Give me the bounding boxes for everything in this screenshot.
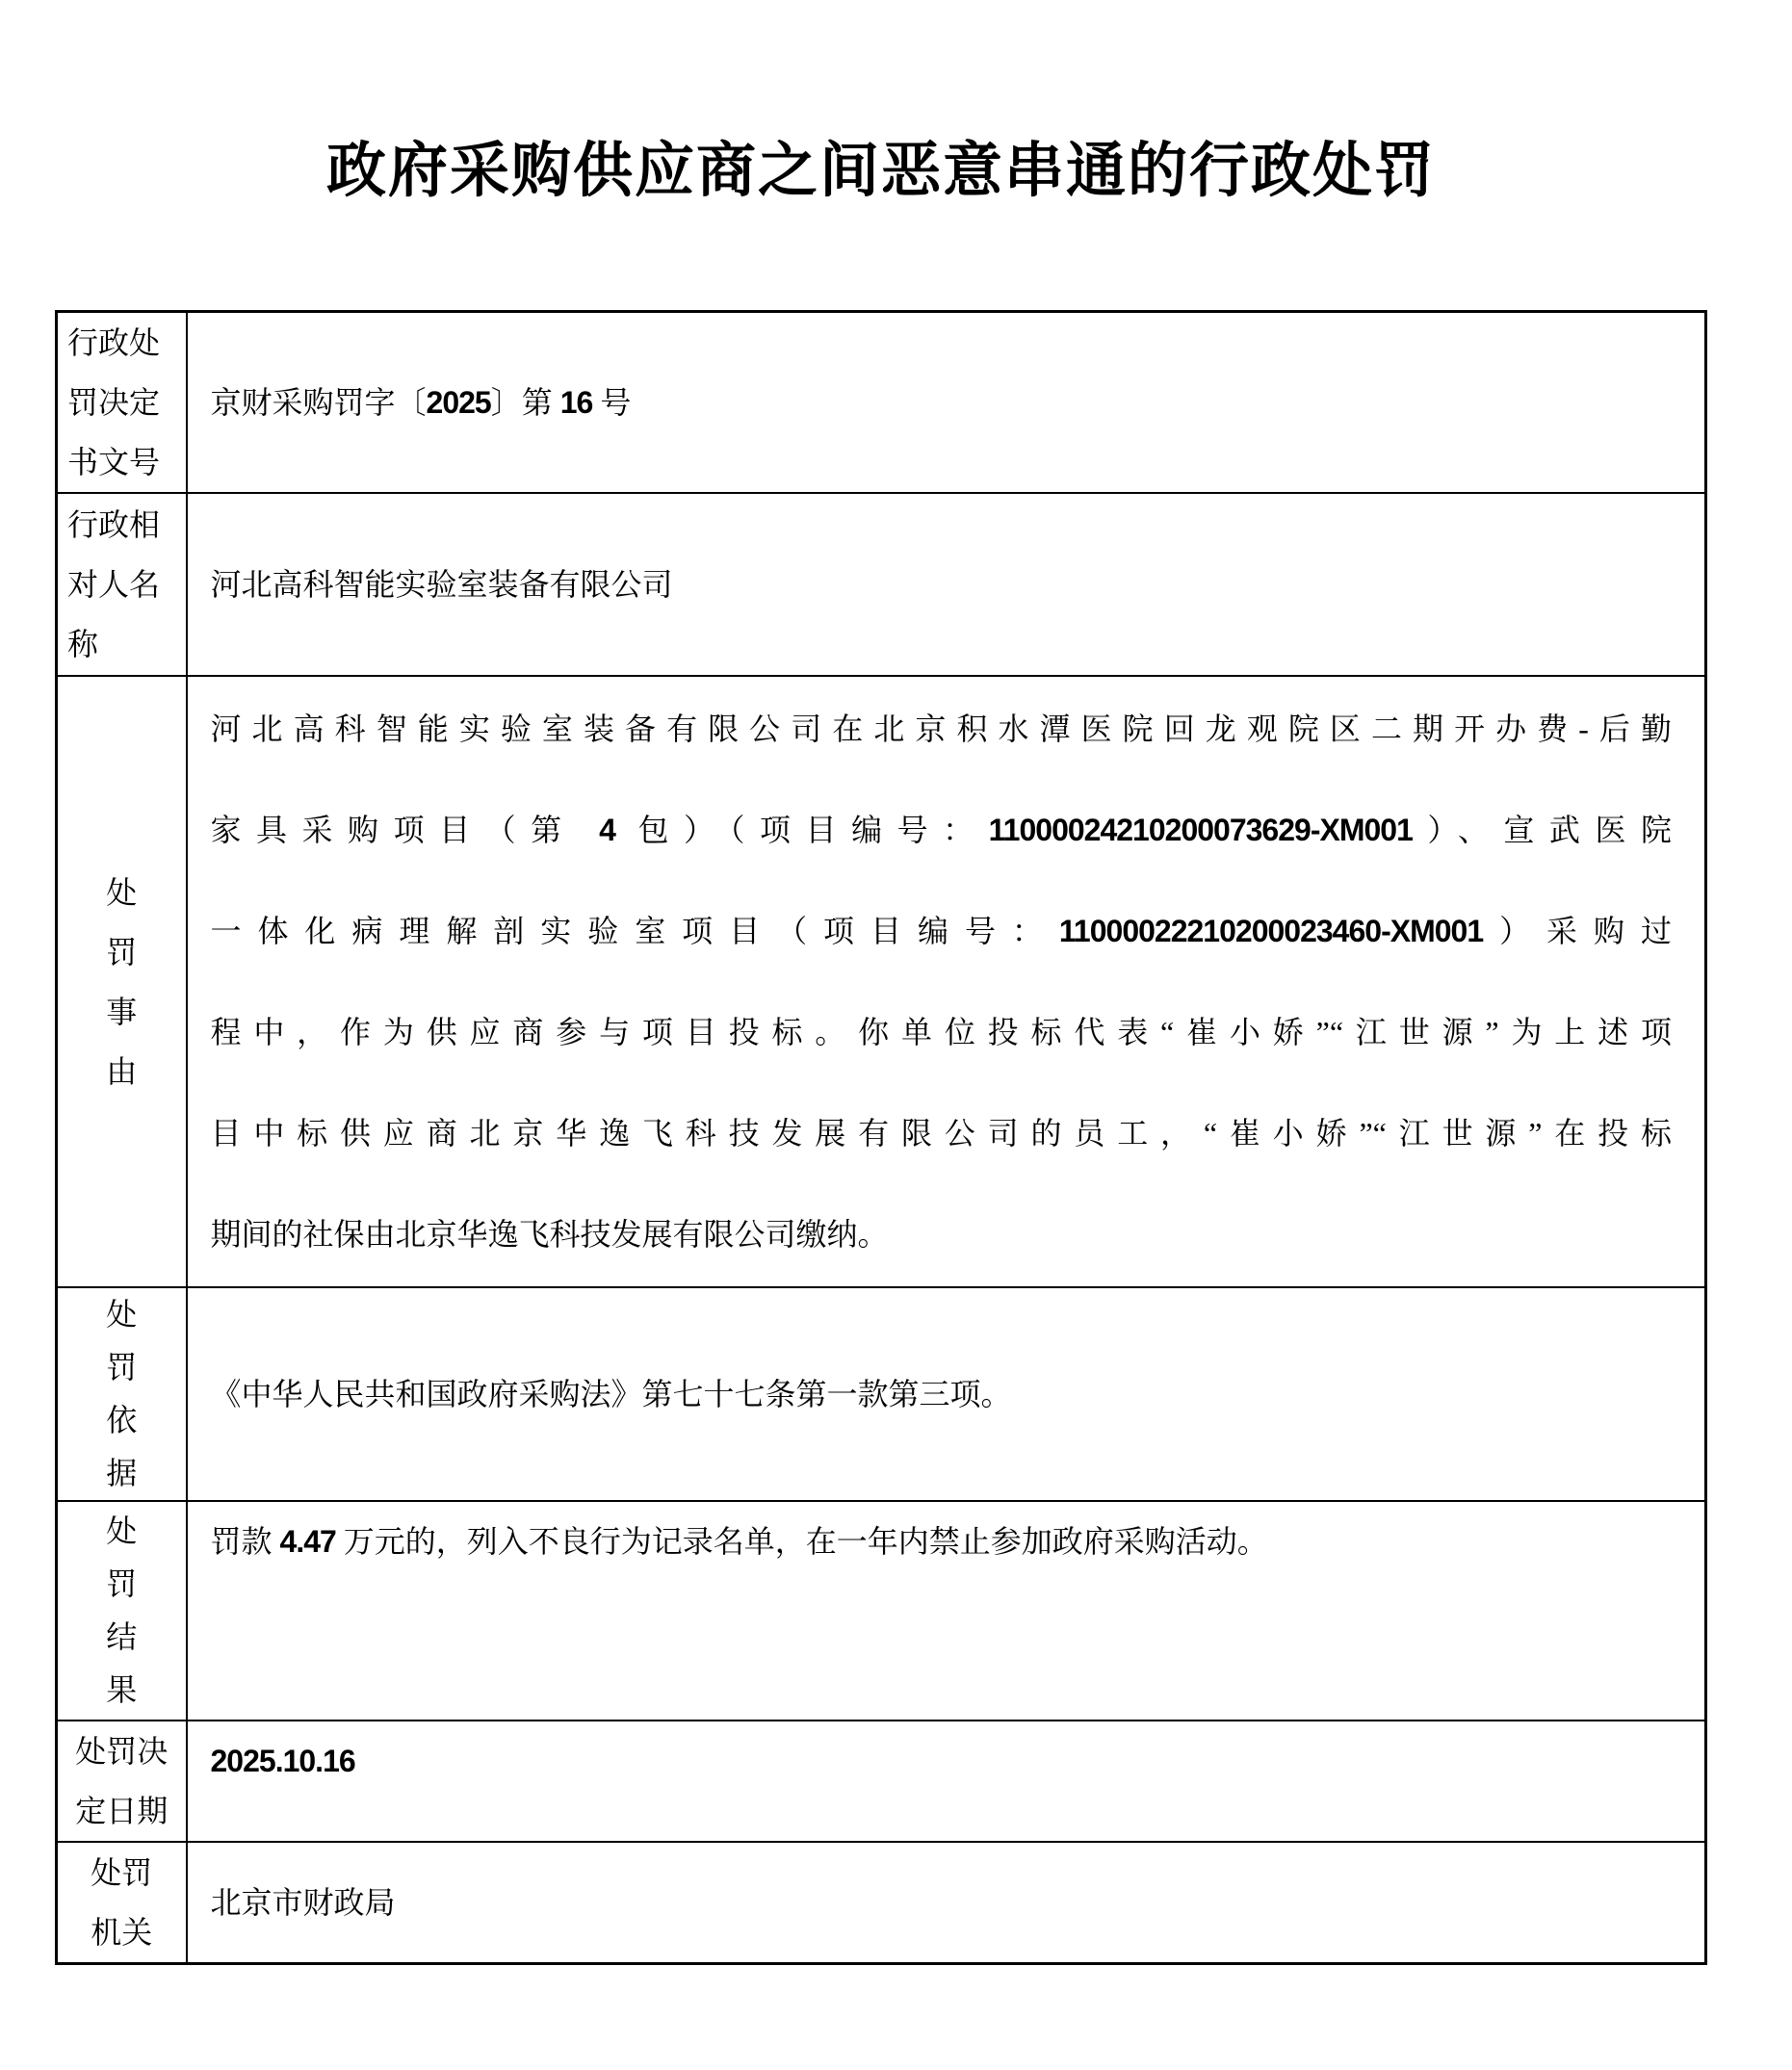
party-name-label: 行政相 对人名 称 [57, 493, 187, 676]
penalty-authority-label: 处罚 机关 [57, 1842, 187, 1964]
doc-number-value: 京财采购罚字〔2025〕第 16 号 [187, 312, 1706, 494]
table-row-penalty-reason: 处 罚 事 由 河北高科智能实验室装备有限公司在北京积水潭医院回龙观院区二期开办… [57, 676, 1706, 1287]
penalty-table: 行政处 罚决定 书文号 京财采购罚字〔2025〕第 16 号 行政相 对人名 称… [55, 310, 1707, 1965]
penalty-reason-label: 处 罚 事 由 [57, 676, 187, 1287]
table-row-doc-number: 行政处 罚决定 书文号 京财采购罚字〔2025〕第 16 号 [57, 312, 1706, 494]
table-row-penalty-authority: 处罚 机关 北京市财政局 [57, 1842, 1706, 1964]
penalty-authority-value: 北京市财政局 [187, 1842, 1706, 1964]
decision-date-value: 2025.10.16 [187, 1721, 1706, 1842]
penalty-document-page: { "title": "政府采购供应商之间恶意串通的行政处罚", "table"… [0, 0, 1792, 2070]
penalty-reason-line: 河北高科智能实验室装备有限公司在北京积水潭医院回龙观院区二期开办费-后勤 [211, 679, 1673, 780]
party-name-value: 河北高科智能实验室装备有限公司 [187, 493, 1706, 676]
table-row-penalty-basis: 处 罚 依 据 《中华人民共和国政府采购法》第七十七条第一款第三项。 [57, 1287, 1706, 1501]
table-row-party-name: 行政相 对人名 称 河北高科智能实验室装备有限公司 [57, 493, 1706, 676]
penalty-basis-label: 处 罚 依 据 [57, 1287, 187, 1501]
penalty-result-label: 处 罚 结 果 [57, 1501, 187, 1721]
penalty-result-value: 罚款 4.47 万元的，列入不良行为记录名单，在一年内禁止参加政府采购活动。 [187, 1501, 1706, 1721]
penalty-reason-line: 家具采购项目（第 4 包）（项目编号：11000024210200073629-… [211, 780, 1673, 881]
doc-number-label: 行政处 罚决定 书文号 [57, 312, 187, 494]
penalty-reason-value: 河北高科智能实验室装备有限公司在北京积水潭医院回龙观院区二期开办费-后勤 家具采… [187, 676, 1706, 1287]
penalty-basis-value: 《中华人民共和国政府采购法》第七十七条第一款第三项。 [187, 1287, 1706, 1501]
penalty-reason-line: 一体化病理解剖实验室项目（项目编号：11000022210200023460-X… [211, 881, 1673, 982]
penalty-reason-line: 期间的社保由北京华逸飞科技发展有限公司缴纳。 [211, 1184, 1673, 1285]
table-row-decision-date: 处罚决 定日期 2025.10.16 [57, 1721, 1706, 1842]
page-title: 政府采购供应商之间恶意串通的行政处罚 [55, 133, 1707, 210]
decision-date-label: 处罚决 定日期 [57, 1721, 187, 1842]
table-row-penalty-result: 处 罚 结 果 罚款 4.47 万元的，列入不良行为记录名单，在一年内禁止参加政… [57, 1501, 1706, 1721]
penalty-reason-line: 目中标供应商北京华逸飞科技发展有限公司的员工，“崔小娇”“江世源”在投标 [211, 1083, 1673, 1184]
penalty-reason-line: 程中，作为供应商参与项目投标。你单位投标代表“崔小娇”“江世源”为上述项 [211, 982, 1673, 1083]
